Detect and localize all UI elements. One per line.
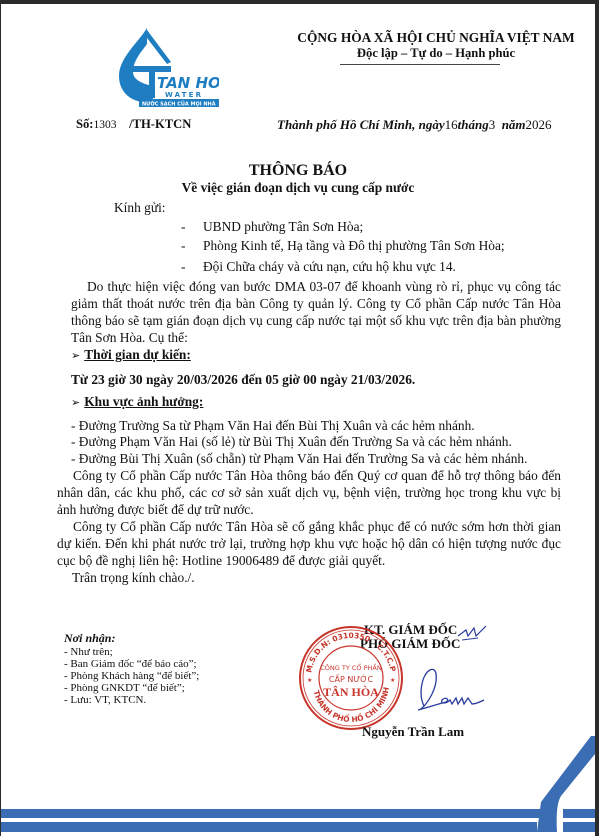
svg-text:TAN HOA: TAN HOA (157, 74, 219, 92)
time-heading: ➢Thời gian dự kiến: (71, 347, 191, 363)
national-title: CỘNG HÒA XÃ HỘI CHỦ NGHĨA VIỆT NAM (291, 30, 581, 46)
effort-paragraph: Công ty Cổ phần Cấp nước Tân Hòa sẽ cố g… (57, 518, 561, 569)
svg-text:★: ★ (307, 677, 312, 684)
receiver-item: - Như trên; (64, 646, 113, 658)
national-motto: Độc lập – Tự do – Hạnh phúc (291, 46, 581, 61)
initials-mark (456, 624, 496, 644)
area-heading: ➢Khu vực ảnh hưởng: (71, 394, 203, 410)
notice-subtitle: Về việc gián đoạn dịch vụ cung cấp nước (1, 180, 595, 196)
svg-text:★: ★ (390, 677, 395, 684)
receiver-item: - Ban Giám đốc “để báo cáo”; (64, 658, 197, 670)
receivers-title: Nơi nhận: (64, 631, 115, 646)
area-item: - Đường Phạm Văn Hai (số lẻ) từ Bùi Thị … (71, 434, 512, 450)
receiver-item: - Lưu: VT, KTCN. (64, 694, 146, 706)
arrow-icon: ➢ (71, 350, 80, 362)
greeting: Kính gửi: (114, 200, 166, 216)
arrow-icon: ➢ (71, 397, 80, 409)
receiver-item: - Phòng GNKDT “để biết”; (64, 682, 185, 694)
document-number: Số:1303 /TH-KTCN (76, 117, 191, 132)
company-logo: TAN HOA WATER NƯỚC SẠCH CỦA MỌI NHÀ (109, 24, 219, 108)
company-stamp: M.S.D.N: 0310350 C.T.C.P THÀNH PHỐ HỒ CH… (297, 624, 405, 732)
svg-text:TÂN HÒA: TÂN HÒA (323, 685, 379, 699)
recipient-item: -UBND phường Tân Sơn Hòa; (181, 219, 363, 235)
notice-title: THÔNG BÁO (1, 162, 595, 180)
document-page: TAN HOA WATER NƯỚC SẠCH CỦA MỌI NHÀ CỘNG… (1, 4, 595, 836)
recipient-item: -Phòng Kinh tế, Hạ tầng và Đô thị phường… (181, 238, 505, 254)
recipient-item: -Đội Chữa cháy và cứu nạn, cứu hộ khu vự… (181, 259, 456, 275)
receiver-item: - Phòng Khách hàng “để biết”; (64, 670, 199, 682)
time-value: Từ 23 giờ 30 ngày 20/03/2026 đến 05 giờ … (71, 372, 415, 388)
date-line: Thành phố Hồ Chí Minh, ngày16tháng3 năm2… (277, 117, 552, 133)
footer-decoration (1, 736, 595, 836)
svg-text:NƯỚC SẠCH CỦA MỌI NHÀ: NƯỚC SẠCH CỦA MỌI NHÀ (142, 100, 216, 108)
motto-underline (340, 64, 500, 65)
svg-text:CÔNG TY CỔ PHẦN: CÔNG TY CỔ PHẦN (320, 662, 382, 672)
handwritten-signature (416, 664, 486, 724)
closing: Trân trọng kính chào./. (72, 570, 195, 586)
notice-paragraph: Công ty Cổ phần Cấp nước Tân Hòa thông b… (57, 467, 561, 518)
svg-text:CẤP NƯỚC: CẤP NƯỚC (329, 673, 374, 684)
intro-paragraph: Do thực hiện việc đóng van bước DMA 03-0… (71, 278, 561, 346)
area-item: - Đường Bùi Thị Xuân (số chẵn) từ Phạm V… (71, 451, 527, 467)
area-item: - Đường Trường Sa từ Phạm Văn Hai đến Bù… (71, 418, 475, 434)
svg-text:WATER: WATER (165, 91, 203, 99)
